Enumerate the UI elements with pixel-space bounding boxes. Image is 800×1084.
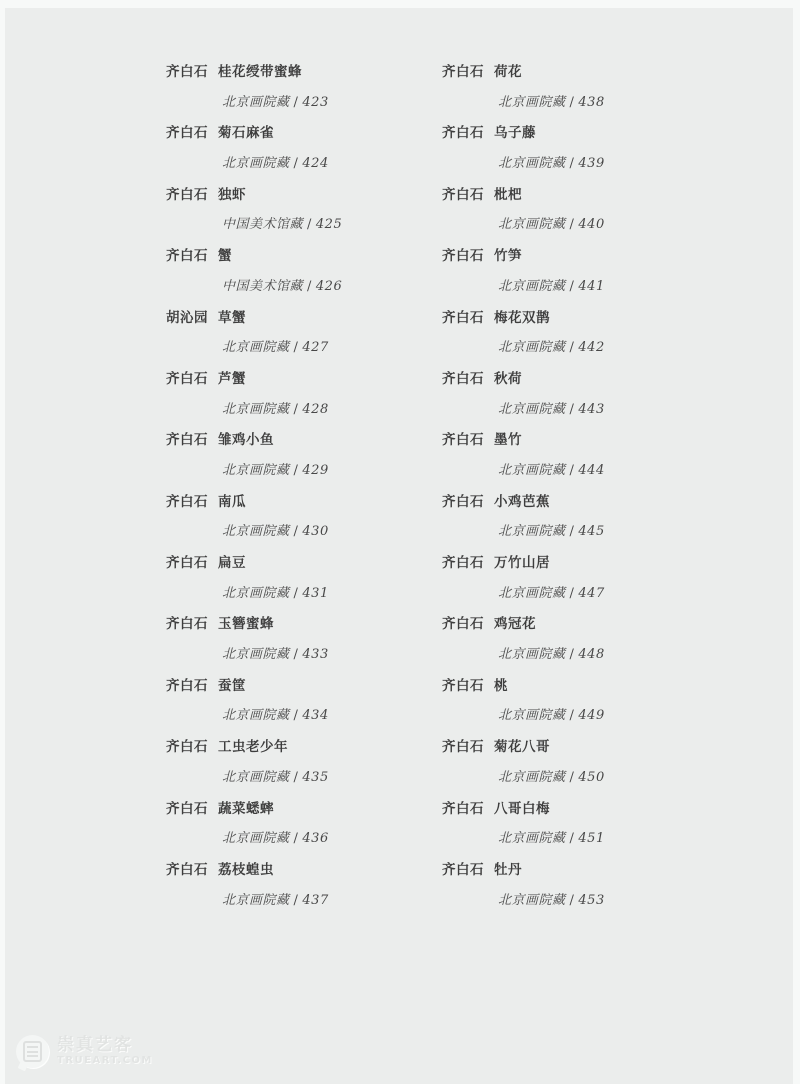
artist-name: 齐白石 [166,425,218,456]
artist-name: 齐白石 [166,118,218,149]
entry-collection-line: 北京画院藏/437 [166,886,446,917]
artwork-title: 芦蟹 [218,371,246,387]
separator: / [290,402,303,417]
index-entry: 齐白石独虾中国美术馆藏/425 [166,180,446,241]
entry-collection-line: 中国美术馆藏/426 [166,272,446,303]
page-number: 430 [302,524,328,539]
collection-name: 北京画院藏 [222,586,290,601]
collection-name: 北京画院藏 [498,586,566,601]
artwork-title: 荔枝蝗虫 [218,862,274,878]
entry-collection-line: 北京画院藏/440 [442,210,722,241]
collection-name: 北京画院藏 [498,893,566,908]
artwork-title: 小鸡芭蕉 [494,494,550,510]
artwork-title: 蚕筐 [218,678,246,694]
page-number: 433 [302,647,328,662]
entry-collection-line: 北京画院藏/436 [166,824,446,855]
index-entry: 齐白石梅花双鹊北京画院藏/442 [442,303,722,364]
artist-name: 齐白石 [442,118,494,149]
entry-collection-line: 北京画院藏/424 [166,149,446,180]
index-entry: 齐白石菊石麻雀北京画院藏/424 [166,118,446,179]
index-entry: 齐白石蚕筐北京画院藏/434 [166,671,446,732]
index-entry: 齐白石秋荷北京画院藏/443 [442,364,722,425]
artwork-title: 菊石麻雀 [218,125,274,141]
entry-title-line: 齐白石秋荷 [442,364,722,395]
collection-name: 北京画院藏 [498,95,566,110]
artist-name: 齐白石 [442,241,494,272]
index-entry: 齐白石桃北京画院藏/449 [442,671,722,732]
artwork-title: 菊花八哥 [494,739,550,755]
page-number: 426 [316,279,342,294]
index-entry: 齐白石竹笋北京画院藏/441 [442,241,722,302]
artist-name: 齐白石 [166,487,218,518]
entry-title-line: 齐白石南瓜 [166,487,446,518]
separator: / [566,708,579,723]
entry-collection-line: 北京画院藏/451 [442,824,722,855]
page-number: 438 [578,95,604,110]
artwork-title: 蔬菜蟋蟀 [218,801,274,817]
separator: / [566,463,579,478]
artist-name: 齐白石 [442,425,494,456]
entry-collection-line: 北京画院藏/433 [166,640,446,671]
separator: / [290,586,303,601]
entry-title-line: 齐白石菊石麻雀 [166,118,446,149]
page-number: 440 [578,217,604,232]
index-entry: 齐白石蔬菜蟋蟀北京画院藏/436 [166,794,446,855]
entry-collection-line: 中国美术馆藏/425 [166,210,446,241]
entry-collection-line: 北京画院藏/423 [166,88,446,119]
separator: / [303,279,316,294]
index-entry: 齐白石南瓜北京画院藏/430 [166,487,446,548]
index-entry: 齐白石玉簪蜜蜂北京画院藏/433 [166,609,446,670]
artwork-title: 万竹山居 [494,555,550,571]
separator: / [290,647,303,662]
entry-collection-line: 北京画院藏/439 [442,149,722,180]
artist-name: 齐白石 [166,671,218,702]
index-entry: 齐白石桂花绶带蜜蜂北京画院藏/423 [166,57,446,118]
separator: / [290,156,303,171]
index-entry: 齐白石墨竹北京画院藏/444 [442,425,722,486]
artist-name: 齐白石 [442,855,494,886]
entry-title-line: 胡沁园草蟹 [166,303,446,334]
artist-name: 齐白石 [442,57,494,88]
artwork-title: 竹笋 [494,248,522,264]
book-index-page: 齐白石桂花绶带蜜蜂北京画院藏/423齐白石菊石麻雀北京画院藏/424齐白石独虾中… [5,8,793,1084]
separator: / [290,770,303,785]
artwork-title: 牡丹 [494,862,522,878]
entry-title-line: 齐白石万竹山居 [442,548,722,579]
collection-name: 北京画院藏 [498,402,566,417]
index-entry: 齐白石荔枝蝗虫北京画院藏/437 [166,855,446,916]
watermark-text: 崇真艺客 TRUEART.COM [57,1037,153,1066]
collection-name: 北京画院藏 [222,893,290,908]
separator: / [566,402,579,417]
artist-name: 齐白石 [442,303,494,334]
artwork-title: 玉簪蜜蜂 [218,616,274,632]
entry-collection-line: 北京画院藏/427 [166,333,446,364]
artist-name: 齐白石 [166,364,218,395]
entry-collection-line: 北京画院藏/445 [442,517,722,548]
index-entry: 齐白石枇杷北京画院藏/440 [442,180,722,241]
separator: / [566,524,579,539]
page-number: 434 [302,708,328,723]
entry-title-line: 齐白石蟹 [166,241,446,272]
artwork-title: 工虫老少年 [218,739,288,755]
index-entry: 齐白石万竹山居北京画院藏/447 [442,548,722,609]
watermark: 崇真艺客 TRUEART.COM [16,1035,153,1068]
entry-collection-line: 北京画院藏/444 [442,456,722,487]
artist-name: 齐白石 [166,732,218,763]
entry-collection-line: 北京画院藏/449 [442,701,722,732]
separator: / [566,95,579,110]
page-number: 443 [578,402,604,417]
index-entry: 齐白石扁豆北京画院藏/431 [166,548,446,609]
entry-title-line: 齐白石蚕筐 [166,671,446,702]
index-column-left: 齐白石桂花绶带蜜蜂北京画院藏/423齐白石菊石麻雀北京画院藏/424齐白石独虾中… [166,57,446,916]
index-entry: 胡沁园草蟹北京画院藏/427 [166,303,446,364]
separator: / [303,217,316,232]
index-entry: 齐白石菊花八哥北京画院藏/450 [442,732,722,793]
separator: / [566,279,579,294]
watermark-brand: 崇真艺客 [57,1037,153,1054]
collection-name: 北京画院藏 [498,156,566,171]
page-number: 444 [578,463,604,478]
entry-collection-line: 北京画院藏/430 [166,517,446,548]
index-entry: 齐白石雏鸡小鱼北京画院藏/429 [166,425,446,486]
artist-name: 齐白石 [166,241,218,272]
document-lines-glyph [23,1041,42,1062]
page-number: 439 [578,156,604,171]
page-number: 441 [578,279,604,294]
page-number: 447 [578,586,604,601]
artwork-title: 枇杷 [494,187,522,203]
index-entry: 齐白石小鸡芭蕉北京画院藏/445 [442,487,722,548]
separator: / [566,217,579,232]
page-number: 445 [578,524,604,539]
page-number: 448 [578,647,604,662]
entry-title-line: 齐白石枇杷 [442,180,722,211]
separator: / [566,647,579,662]
artist-name: 齐白石 [166,548,218,579]
artwork-title: 扁豆 [218,555,246,571]
separator: / [290,831,303,846]
artist-name: 齐白石 [442,671,494,702]
separator: / [290,95,303,110]
artist-name: 齐白石 [166,794,218,825]
index-column-right: 齐白石荷花北京画院藏/438齐白石乌子藤北京画院藏/439齐白石枇杷北京画院藏/… [442,57,722,916]
page-number: 424 [302,156,328,171]
entry-title-line: 齐白石独虾 [166,180,446,211]
collection-name: 北京画院藏 [222,95,290,110]
separator: / [290,340,303,355]
page-number: 423 [302,95,328,110]
entry-title-line: 齐白石鸡冠花 [442,609,722,640]
collection-name: 北京画院藏 [498,831,566,846]
artwork-title: 桃 [494,678,508,694]
artist-name: 齐白石 [442,364,494,395]
separator: / [566,770,579,785]
entry-title-line: 齐白石牡丹 [442,855,722,886]
entry-collection-line: 北京画院藏/438 [442,88,722,119]
artwork-title: 梅花双鹊 [494,310,550,326]
artwork-title: 荷花 [494,64,522,80]
entry-title-line: 齐白石梅花双鹊 [442,303,722,334]
page-number: 429 [302,463,328,478]
entry-title-line: 齐白石桃 [442,671,722,702]
artist-name: 齐白石 [442,732,494,763]
separator: / [566,340,579,355]
entry-title-line: 齐白石雏鸡小鱼 [166,425,446,456]
artwork-title: 雏鸡小鱼 [218,432,274,448]
index-entry: 齐白石荷花北京画院藏/438 [442,57,722,118]
collection-name: 北京画院藏 [222,770,290,785]
page-number: 450 [578,770,604,785]
collection-name: 中国美术馆藏 [222,217,303,232]
entry-title-line: 齐白石菊花八哥 [442,732,722,763]
index-entry: 齐白石牡丹北京画院藏/453 [442,855,722,916]
artwork-title: 蟹 [218,248,232,264]
collection-name: 北京画院藏 [222,524,290,539]
index-entry: 齐白石乌子藤北京画院藏/439 [442,118,722,179]
page-number: 449 [578,708,604,723]
artwork-title: 墨竹 [494,432,522,448]
index-entry: 齐白石八哥白梅北京画院藏/451 [442,794,722,855]
page-number: 425 [316,217,342,232]
entry-collection-line: 北京画院藏/442 [442,333,722,364]
artist-name: 齐白石 [442,180,494,211]
separator: / [290,893,303,908]
page-number: 435 [302,770,328,785]
entry-title-line: 齐白石八哥白梅 [442,794,722,825]
entry-collection-line: 北京画院藏/434 [166,701,446,732]
page-number: 428 [302,402,328,417]
artist-name: 齐白石 [442,794,494,825]
page-number: 431 [302,586,328,601]
artwork-title: 八哥白梅 [494,801,550,817]
artwork-title: 草蟹 [218,310,246,326]
artwork-title: 独虾 [218,187,246,203]
entry-title-line: 齐白石玉簪蜜蜂 [166,609,446,640]
collection-name: 北京画院藏 [498,217,566,232]
separator: / [290,524,303,539]
collection-name: 北京画院藏 [498,524,566,539]
collection-name: 北京画院藏 [222,647,290,662]
entry-collection-line: 北京画院藏/429 [166,456,446,487]
page-number: 453 [578,893,604,908]
artist-name: 齐白石 [166,57,218,88]
entry-title-line: 齐白石桂花绶带蜜蜂 [166,57,446,88]
separator: / [566,831,579,846]
artist-name: 齐白石 [442,548,494,579]
entry-collection-line: 北京画院藏/441 [442,272,722,303]
artwork-title: 南瓜 [218,494,246,510]
index-entry: 齐白石蟹中国美术馆藏/426 [166,241,446,302]
entry-title-line: 齐白石乌子藤 [442,118,722,149]
page-number: 436 [302,831,328,846]
entry-collection-line: 北京画院藏/443 [442,395,722,426]
artist-name: 齐白石 [166,609,218,640]
artist-name: 齐白石 [442,609,494,640]
collection-name: 北京画院藏 [498,340,566,355]
entry-title-line: 齐白石竹笋 [442,241,722,272]
artwork-title: 鸡冠花 [494,616,536,632]
collection-name: 北京画院藏 [498,647,566,662]
collection-name: 北京画院藏 [498,279,566,294]
collection-name: 北京画院藏 [498,708,566,723]
page-number: 442 [578,340,604,355]
speech-bubble-document-icon [16,1035,49,1068]
entry-title-line: 齐白石荔枝蝗虫 [166,855,446,886]
artwork-title: 秋荷 [494,371,522,387]
page-number: 437 [302,893,328,908]
entry-collection-line: 北京画院藏/450 [442,763,722,794]
index-entry: 齐白石鸡冠花北京画院藏/448 [442,609,722,670]
watermark-domain: TRUEART.COM [57,1056,153,1066]
collection-name: 北京画院藏 [222,831,290,846]
entry-collection-line: 北京画院藏/447 [442,579,722,610]
collection-name: 北京画院藏 [222,340,290,355]
artist-name: 齐白石 [442,487,494,518]
entry-title-line: 齐白石工虫老少年 [166,732,446,763]
collection-name: 北京画院藏 [222,463,290,478]
separator: / [566,893,579,908]
entry-collection-line: 北京画院藏/435 [166,763,446,794]
entry-title-line: 齐白石小鸡芭蕉 [442,487,722,518]
entry-collection-line: 北京画院藏/431 [166,579,446,610]
entry-title-line: 齐白石蔬菜蟋蟀 [166,794,446,825]
collection-name: 北京画院藏 [222,156,290,171]
entry-title-line: 齐白石荷花 [442,57,722,88]
separator: / [290,463,303,478]
separator: / [566,156,579,171]
artwork-title: 乌子藤 [494,125,536,141]
artist-name: 齐白石 [166,855,218,886]
collection-name: 北京画院藏 [498,770,566,785]
page-number: 427 [302,340,328,355]
artwork-title: 桂花绶带蜜蜂 [218,64,302,80]
collection-name: 北京画院藏 [222,402,290,417]
collection-name: 北京画院藏 [498,463,566,478]
index-entry: 齐白石芦蟹北京画院藏/428 [166,364,446,425]
entry-title-line: 齐白石墨竹 [442,425,722,456]
collection-name: 北京画院藏 [222,708,290,723]
collection-name: 中国美术馆藏 [222,279,303,294]
page-number: 451 [578,831,604,846]
entry-collection-line: 北京画院藏/448 [442,640,722,671]
entry-collection-line: 北京画院藏/428 [166,395,446,426]
entry-title-line: 齐白石扁豆 [166,548,446,579]
artist-name: 齐白石 [166,180,218,211]
artist-name: 胡沁园 [166,303,218,334]
entry-title-line: 齐白石芦蟹 [166,364,446,395]
entry-collection-line: 北京画院藏/453 [442,886,722,917]
separator: / [566,586,579,601]
separator: / [290,708,303,723]
index-entry: 齐白石工虫老少年北京画院藏/435 [166,732,446,793]
